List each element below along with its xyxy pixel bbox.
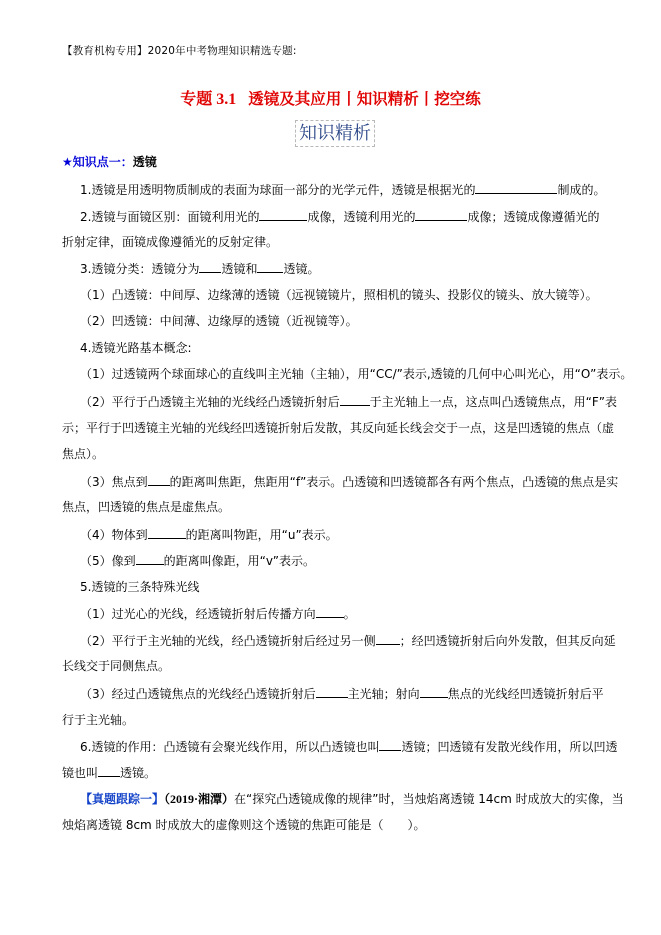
item-text: 2.透镜与面镜区别：面镜利用光的 — [80, 210, 259, 224]
item-2: 2.透镜与面镜区别：面镜利用光的成像，透镜利用光的成像；透镜成像遵循光的 — [80, 208, 599, 225]
item-4-2-continued: 示；平行于凹透镜主光轴的光线经凹透镜折射后发散，其反向延长线会交于一点，这是凹透… — [62, 420, 614, 436]
fill-blank[interactable] — [379, 738, 401, 751]
exam-question: 【真题跟踪一】（2019·湘潭）在“探究凸透镜成像的规律”时，当烛焰离透镜 14… — [80, 791, 624, 807]
knowledge-point-topic: 透镜 — [133, 155, 157, 169]
item-text: 成像；透镜成像遵循光的 — [467, 210, 599, 224]
fill-blank[interactable] — [259, 208, 307, 221]
item-text: （3）经过凸透镜焦点的光线经凸透镜折射后 — [80, 687, 316, 701]
page-title: 专题 3.1透镜及其应用丨知识精析丨挖空练 — [0, 86, 661, 109]
item-1: 1.透镜是用透明物质制成的表面为球面一部分的光学元件，透镜是根据光的制成的。 — [80, 181, 605, 198]
section-label-box: 知识精析 — [295, 120, 375, 147]
item-5-2: （2）平行于主光轴的光线，经凸透镜折射后经过另一侧；经凹透镜折射后向外发散，但其… — [80, 632, 616, 649]
fill-blank[interactable] — [98, 764, 120, 777]
fill-blank[interactable] — [340, 393, 370, 406]
item-text: （1）过光心的光线，经透镜折射后传播方向 — [80, 607, 316, 621]
item-text: 的距离叫物距，用“u”表示。 — [186, 528, 338, 542]
fill-blank[interactable] — [415, 208, 467, 221]
item-5-3: （3）经过凸透镜焦点的光线经凸透镜折射后主光轴；射向焦点的光线经凹透镜折射后平 — [80, 685, 604, 702]
fill-blank[interactable] — [148, 473, 170, 486]
item-2-continued: 折射定律，面镜成像遵循光的反射定律。 — [62, 234, 278, 250]
document-page: 【教育机构专用】2020年中考物理知识精选专题: 专题 3.1透镜及其应用丨知识… — [0, 0, 661, 935]
item-5-3-continued: 行于主光轴。 — [62, 712, 134, 728]
item-5-1: （1）过光心的光线，经透镜折射后传播方向。 — [80, 605, 356, 622]
exam-question-continued: 烛焰离透镜 8cm 时成放大的虚像则这个透镜的焦距可能是（ ）。 — [62, 817, 426, 833]
item-text: ；经凹透镜折射后向外发散，但其反向延 — [400, 634, 616, 648]
item-text: 的距离叫焦距，焦距用“f”表示。凸透镜和凹透镜都各有两个焦点，凸透镜的焦点是实 — [170, 475, 619, 489]
fill-blank[interactable] — [199, 260, 221, 273]
item-text: 透镜；凹透镜有发散光线作用，所以凹透 — [401, 740, 617, 754]
item-text: 镜也叫 — [62, 766, 98, 780]
item-6-continued: 镜也叫透镜。 — [62, 764, 156, 781]
item-text: 6.透镜的作用：凸透镜有会聚光线作用，所以凸透镜也叫 — [80, 740, 379, 754]
fill-blank[interactable] — [376, 632, 400, 645]
item-text: 制成的。 — [557, 183, 605, 197]
item-text: 成像，透镜利用光的 — [307, 210, 415, 224]
item-4-3-continued: 焦点，凹透镜的焦点是虚焦点。 — [62, 499, 230, 515]
item-text: 主光轴；射向 — [348, 687, 420, 701]
item-text: （2）平行于主光轴的光线，经凸透镜折射后经过另一侧 — [80, 634, 376, 648]
fill-blank[interactable] — [420, 685, 448, 698]
item-text: （2）平行于凸透镜主光轴的光线经凸透镜折射后 — [80, 395, 340, 409]
fill-blank[interactable] — [148, 526, 186, 539]
item-4-4: （4）物体到的距离叫物距，用“u”表示。 — [80, 526, 338, 543]
item-4-2-end: 焦点）。 — [62, 446, 104, 462]
item-text: （3）焦点到 — [80, 475, 148, 489]
topic-number: 专题 3.1 — [180, 91, 236, 108]
item-text: 。 — [344, 607, 356, 621]
fill-blank[interactable] — [316, 685, 348, 698]
item-text: （5）像到 — [80, 554, 136, 568]
title-text: 透镜及其应用丨知识精析丨挖空练 — [248, 90, 481, 108]
item-text: 透镜。 — [120, 766, 156, 780]
fill-blank[interactable] — [475, 181, 557, 194]
item-text: （4）物体到 — [80, 528, 148, 542]
fill-blank[interactable] — [257, 260, 283, 273]
fill-blank[interactable] — [136, 552, 164, 565]
item-6: 6.透镜的作用：凸透镜有会聚光线作用，所以凸透镜也叫透镜；凹透镜有发散光线作用，… — [80, 738, 617, 755]
item-text: 焦点的光线经凹透镜折射后平 — [448, 687, 604, 701]
item-text: 透镜和 — [221, 262, 257, 276]
exam-text: 在“探究凸透镜成像的规律”时，当烛焰离透镜 14cm 时成放大的实像，当 — [234, 792, 624, 806]
item-text: 3.透镜分类：透镜分为 — [80, 262, 199, 276]
item-3-1: （1）凸透镜：中间厚、边缘薄的透镜（远视镜镜片，照相机的镜头、投影仪的镜头、放大… — [80, 287, 598, 303]
item-5-2-continued: 长线交于同侧焦点。 — [62, 658, 170, 674]
item-5: 5.透镜的三条特殊光线 — [80, 579, 199, 595]
item-text: 透镜。 — [283, 262, 319, 276]
item-3-2: （2）凹透镜：中间薄、边缘厚的透镜（近视镜等）。 — [80, 313, 358, 329]
item-4-2: （2）平行于凸透镜主光轴的光线经凸透镜折射后于主光轴上一点，这点叫凸透镜焦点，用… — [80, 393, 617, 410]
item-4-1: （1）过透镜两个球面球心的直线叫主光轴（主轴），用“CC/”表示,透镜的几何中心… — [80, 366, 632, 382]
item-4-5: （5）像到的距离叫像距，用“v”表示。 — [80, 552, 315, 569]
exam-source: （2019·湘潭） — [164, 792, 234, 806]
document-header: 【教育机构专用】2020年中考物理知识精选专题: — [62, 43, 297, 58]
item-text: 于主光轴上一点，这点叫凸透镜焦点，用“F”表 — [370, 395, 617, 409]
item-text: 的距离叫像距，用“v”表示。 — [164, 554, 315, 568]
knowledge-point-label: ★知识点一： — [62, 155, 133, 169]
knowledge-point-heading: ★知识点一：透镜 — [62, 154, 157, 170]
exam-tag: 【真题跟踪一】 — [80, 792, 164, 806]
item-text: 1.透镜是用透明物质制成的表面为球面一部分的光学元件，透镜是根据光的 — [80, 183, 475, 197]
item-4: 4.透镜光路基本概念: — [80, 340, 192, 356]
fill-blank[interactable] — [316, 605, 344, 618]
item-4-3: （3）焦点到的距离叫焦距，焦距用“f”表示。凸透镜和凹透镜都各有两个焦点，凸透镜… — [80, 473, 618, 490]
item-3: 3.透镜分类：透镜分为透镜和透镜。 — [80, 260, 319, 277]
